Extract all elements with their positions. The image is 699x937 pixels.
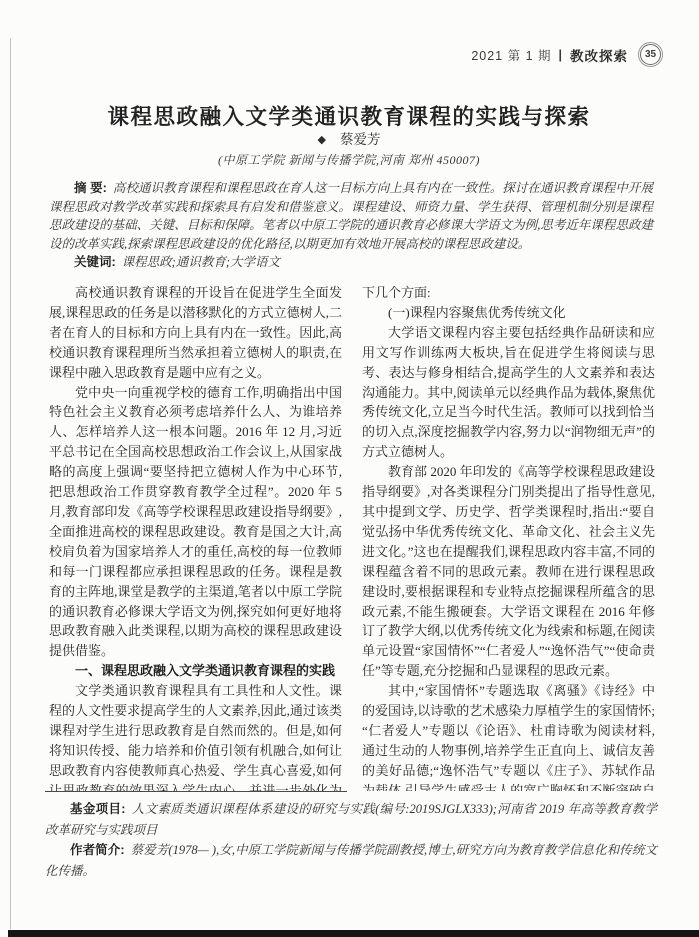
right-column: 下几个方面: (一)课程内容聚焦优秀传统文化 大学语文课程内容主要包括经典作品研… xyxy=(362,283,655,791)
page-number-badge: 35 xyxy=(640,44,661,65)
scan-bottom-bar xyxy=(8,930,699,937)
fund-project-paragraph: 基金项目:人文素质类通识课程体系建设的研究与实践(编号:2019SJGLX333… xyxy=(45,799,657,840)
fund-project-label: 基金项目: xyxy=(70,802,125,816)
author-line: ◆蔡爱芳 xyxy=(49,128,649,148)
body-paragraph: 其中,“家国情怀”专题选取《离骚》《诗经》中的爱国诗,以诗歌的艺术感染力厚植学生… xyxy=(362,681,655,791)
fund-project-text: 人文素质类通识课程体系建设的研究与实践(编号:2019SJGLX333);河南省… xyxy=(45,802,657,837)
header-separator: | xyxy=(559,48,564,62)
keywords-label: 关键词: xyxy=(74,255,116,269)
diamond-icon: ◆ xyxy=(318,134,326,146)
subsection-heading-1: (一)课程内容聚焦优秀传统文化 xyxy=(362,303,655,323)
footnote-divider xyxy=(45,791,347,792)
body-columns: 高校通识教育课程的开设旨在促进学生全面发展,课程思政的任务是以潜移默化的方式立德… xyxy=(49,283,655,791)
left-column: 高校通识教育课程的开设旨在促进学生全面发展,课程思政的任务是以潜移默化的方式立德… xyxy=(49,283,342,791)
section-heading-1: 一、课程思政融入文学类通识教育课程的实践 xyxy=(49,661,342,681)
author-bio-paragraph: 作者简介:蔡爱芳(1978— ),女,中原工学院新闻与传播学院副教授,博士,研究… xyxy=(45,840,657,881)
author-bio-text: 蔡爱芳(1978— ),女,中原工学院新闻与传播学院副教授,博士,研究方向为教育… xyxy=(45,843,657,878)
abstract-paragraph: 摘 要:高校通识教育课程和课程思政在育人这一目标方向上具有内在一致性。探讨在通识… xyxy=(49,179,653,253)
body-paragraph: 高校通识教育课程的开设旨在促进学生全面发展,课程思政的任务是以潜移默化的方式立德… xyxy=(49,283,342,383)
body-paragraph: 教育部 2020 年印发的《高等学校课程思政建设指导纲要》,对各类课程分门别类提… xyxy=(362,462,655,681)
body-paragraph: 党中央一向重视学校的德育工作,明确指出中国特色社会主义教育必须考虑培养什么人、为… xyxy=(49,383,342,662)
body-paragraph: 大学语文课程内容主要包括经典作品研读和应用文写作训练两大板块,旨在促进学生将阅读… xyxy=(362,323,655,462)
journal-section-name: 教改探索 xyxy=(570,45,628,65)
abstract-label: 摘 要: xyxy=(74,181,107,195)
author-name: 蔡爱芳 xyxy=(340,132,381,147)
abstract-text: 高校通识教育课程和课程思政在育人这一目标方向上具有内在一致性。探讨在通识教育课程… xyxy=(49,181,653,251)
body-paragraph-continuation: 下几个方面: xyxy=(362,283,655,303)
author-bio-label: 作者简介: xyxy=(70,843,125,857)
article-title: 课程思政融入文学类通识教育课程的实践与探索 xyxy=(49,100,649,131)
journal-issue: 2021 第 1 期 xyxy=(471,46,551,64)
journal-page: 2021 第 1 期 | 教改探索 35 课程思政融入文学类通识教育课程的实践与… xyxy=(0,0,699,937)
author-affiliation: (中原工学院 新闻与传播学院,河南 郑州 450007) xyxy=(49,151,649,168)
keywords-paragraph: 关键词:课程思政;通识教育;大学语文 xyxy=(49,253,653,272)
footnote-block: 基金项目:人文素质类通识课程体系建设的研究与实践(编号:2019SJGLX333… xyxy=(45,791,657,881)
scan-left-edge-line xyxy=(10,38,11,929)
page-header: 2021 第 1 期 | 教改探索 35 xyxy=(471,44,661,65)
abstract-block: 摘 要:高校通识教育课程和课程思政在育人这一目标方向上具有内在一致性。探讨在通识… xyxy=(49,179,653,272)
keywords-text: 课程思政;通识教育;大学语文 xyxy=(122,255,280,269)
body-paragraph: 文学类通识教育课程具有工具性和人文性。课程的人文性要求提高学生的人文素养,因此,… xyxy=(49,681,342,791)
